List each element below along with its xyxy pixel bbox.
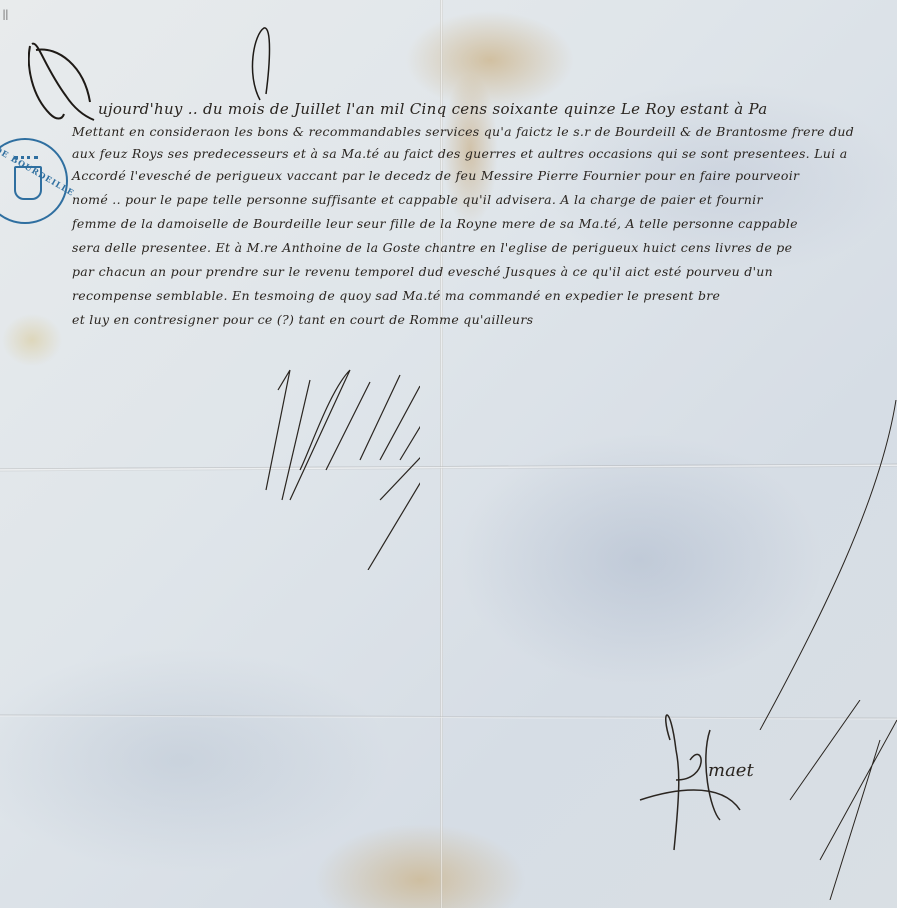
secretary-signature-text: maet xyxy=(708,760,754,781)
text-line-7: sera delle presentee. Et à M.re Anthoine… xyxy=(72,240,792,255)
shield-icon xyxy=(14,166,42,200)
text-line-5: nomé .. pour le pape telle personne suff… xyxy=(72,192,763,207)
corner-mark: ǁ xyxy=(2,8,9,24)
text-line-1: ujourd'huy .. du mois de Juillet l'an mi… xyxy=(98,100,767,118)
long-pen-stroke xyxy=(700,400,897,730)
text-line-4: Accordé l'evesché de perigueux vaccant p… xyxy=(72,168,799,183)
text-line-8: par chacun an pour prendre sur le revenu… xyxy=(72,264,773,279)
text-line-6: femme de la damoiselle de Bourdeille leu… xyxy=(72,216,798,231)
drop-cap-letter xyxy=(28,36,98,126)
text-line-2: Mettant en consideraon les bons & recomm… xyxy=(72,124,854,139)
secretary-signature xyxy=(630,700,897,900)
royal-signature xyxy=(260,360,420,570)
text-line-3: aux feuz Roys ses predecesseurs et à sa … xyxy=(72,146,848,161)
flourish-ascender xyxy=(240,24,280,104)
text-line-9: recompense semblable. En tesmoing de quo… xyxy=(72,288,720,303)
text-line-10: et luy en contresigner pour ce (?) tant … xyxy=(72,312,533,327)
